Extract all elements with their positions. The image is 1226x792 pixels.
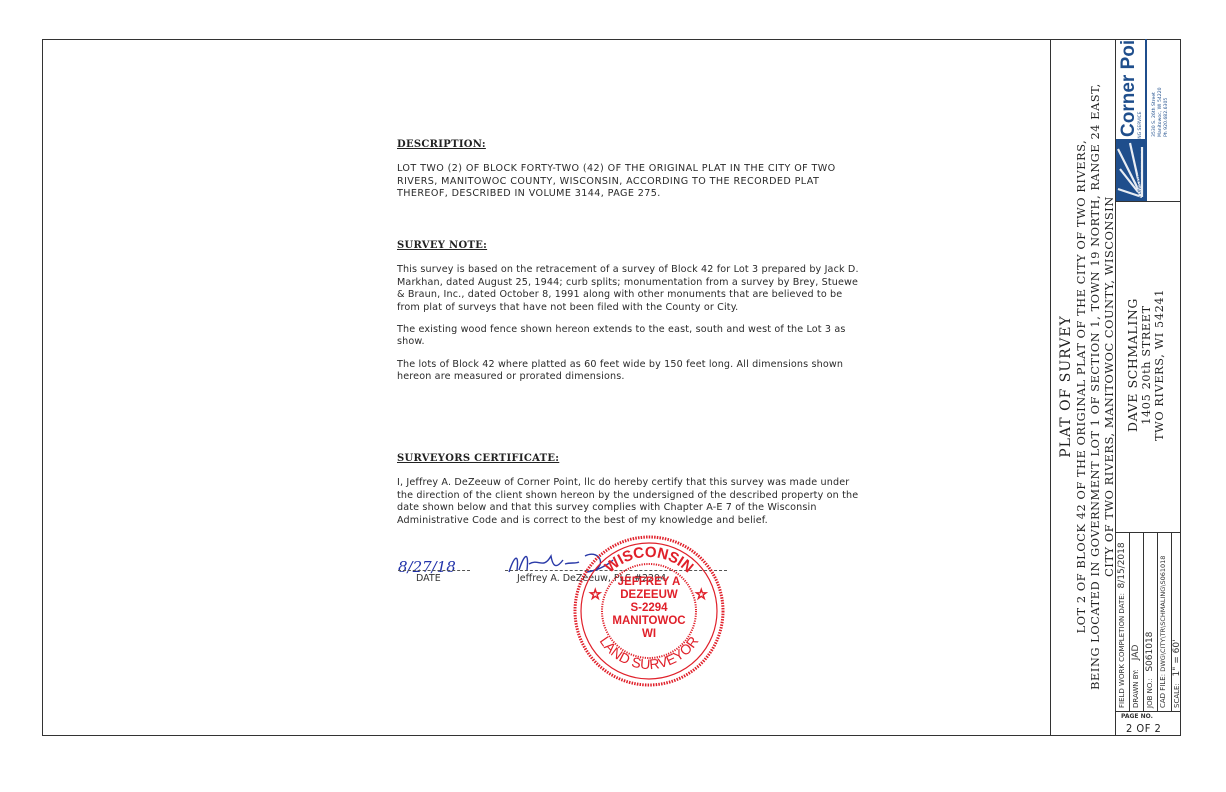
plat-title-block: PLAT OF SURVEY LOT 2 OF BLOCK 42 OF THE … [1058,38,1117,735]
star-icon: ☆ [589,587,602,603]
logo-divider [1116,201,1181,202]
company-name: Corner Point [1118,39,1140,137]
svg-text:S-2294: S-2294 [630,602,668,614]
scale-row: SCALE: 1" = 60' [1172,532,1182,708]
client-name: DAVE SCHMALING [1126,210,1140,520]
job-no-row: JOB NO.: S061018 [1145,532,1155,708]
survey-note-heading: SURVEY NOTE: [397,240,859,252]
plat-subtitle-line: CITY OF TWO RIVERS, MANITOWOC COUNTY, WI… [1103,38,1117,735]
survey-note-paragraph: This survey is based on the retracement … [397,264,859,314]
survey-note-paragraph: The existing wood fence shown hereon ext… [397,324,859,349]
title-block-divider [1050,39,1051,736]
star-icon: ☆ [695,587,708,603]
svg-text:WI: WI [642,628,656,640]
company-division: A DIVISION OF ACM BUILDING SERVICE [1138,111,1144,199]
plat-subtitle-line: LOT 2 OF BLOCK 42 OF THE ORIGINAL PLAT O… [1075,38,1089,735]
description-text: LOT TWO (2) OF BLOCK FORTY-TWO (42) OF T… [397,163,859,200]
certificate-heading: SURVEYORS CERTIFICATE: [397,453,859,465]
plat-subtitle-line: BEING LOCATED IN GOVERNMENT LOT 1 OF SEC… [1089,38,1103,735]
survey-note-paragraph: The lots of Block 42 where platted as 60… [397,359,859,384]
description-section: DESCRIPTION: LOT TWO (2) OF BLOCK FORTY-… [397,139,859,211]
svg-text:MANITOWOC: MANITOWOC [612,615,685,627]
company-logo: Corner Point A DIVISION OF ACM BUILDING … [1116,39,1181,201]
page-divider [1116,711,1181,712]
svg-text:DEZEEUW: DEZEEUW [620,589,678,601]
page-label: PAGE NO. [1121,713,1153,720]
survey-note-section: SURVEY NOTE: This survey is based on the… [397,240,859,394]
drawn-by-row: DRAWN BY: JAD [1131,532,1141,708]
client-block: DAVE SCHMALING 1405 20th STREET TWO RIVE… [1126,210,1166,520]
date-line [398,570,470,571]
plat-title: PLAT OF SURVEY [1058,38,1075,735]
page-number: 2 OF 2 [1126,722,1161,735]
company-address: 3530 S. 26th Street Manitowoc, WI 54220 … [1152,87,1170,137]
certificate-text: I, Jeffrey A. DeZeeuw of Corner Point, l… [397,477,859,527]
client-city: TWO RIVERS, WI 54241 [1153,210,1166,520]
field-work-date-row: FIELD WORK COMPLETION DATE: 8/15/2018 [1117,532,1127,708]
certificate-section: SURVEYORS CERTIFICATE: I, Jeffrey A. DeZ… [397,453,859,537]
date-label: DATE [416,573,441,584]
client-street: 1405 20th STREET [1140,210,1153,520]
description-heading: DESCRIPTION: [397,139,859,151]
surveyor-seal: WISCONSIN LAND SURVEYOR ☆ ☆ JEFFREY ADEZ… [571,533,727,689]
svg-text:JEFFREY A: JEFFREY A [618,576,681,588]
svg-text:WISCONSIN: WISCONSIN [602,544,697,577]
cad-file-row: CAD FILE: DWG\CITY\TR\SCHMALING\S061018 [1159,532,1167,708]
